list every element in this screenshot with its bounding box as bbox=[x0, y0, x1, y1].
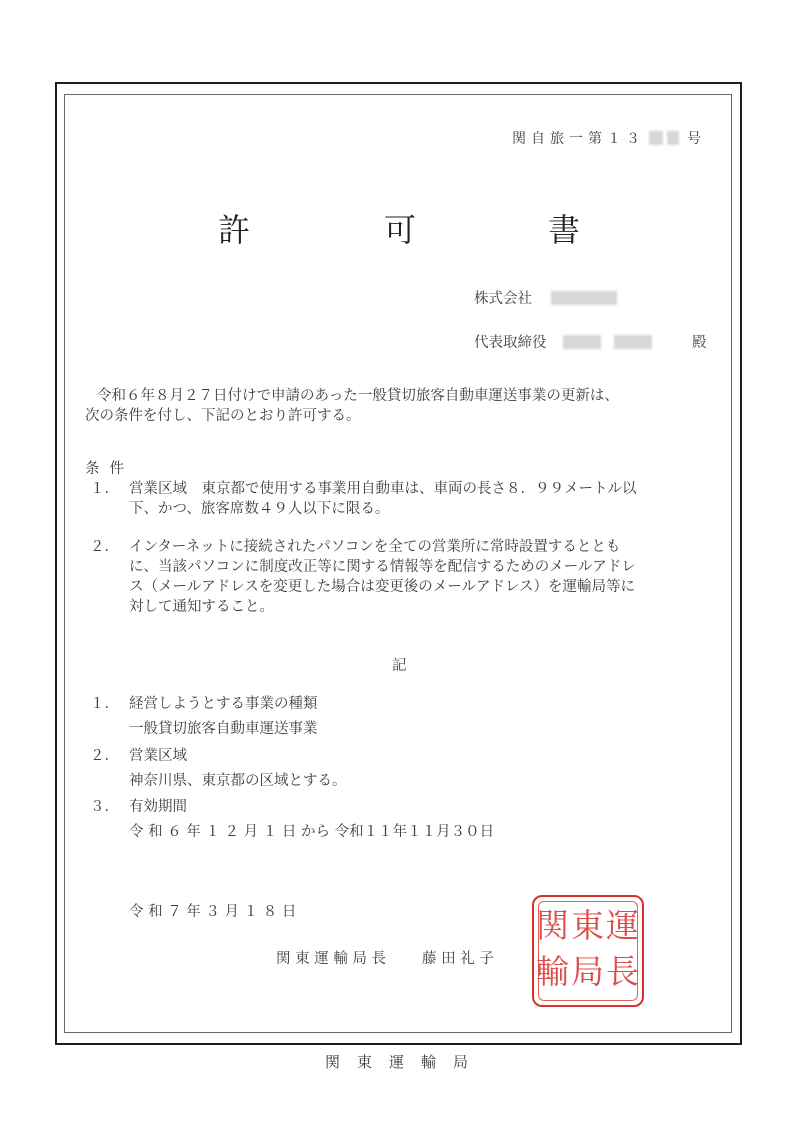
condition-1-number: １． bbox=[90, 479, 119, 499]
detail-1-value: 一般貸切旅客自動車運送事業 bbox=[129, 719, 318, 739]
reference-prefix: 関自旅一第１３ bbox=[512, 131, 645, 147]
representative-line: 代表取締役 bbox=[474, 333, 652, 353]
condition-2-line-4: 対して通知すること。 bbox=[129, 597, 274, 617]
issuer-title: 関 東 運 輸 局 長 bbox=[276, 949, 386, 969]
preamble-line-2: 次の条件を付し、下記のとおり許可する。 bbox=[85, 406, 361, 426]
detail-2-value: 神奈川県、東京都の区域とする。 bbox=[129, 771, 347, 791]
company-label: 株式会社 bbox=[474, 291, 532, 307]
condition-1-line-1: 営業区域 東京都で使用する事業用自動車は、車両の長さ８．９９メートル以 bbox=[129, 479, 637, 499]
detail-3-label: 有効期間 bbox=[129, 797, 187, 817]
ki-heading: 記 bbox=[392, 656, 407, 676]
detail-2-label: 営業区域 bbox=[129, 746, 187, 766]
detail-1-number: １． bbox=[90, 694, 119, 714]
redacted-given-name bbox=[614, 335, 652, 349]
redacted-surname bbox=[563, 335, 601, 349]
preamble-line-1: 令和６年８月２７日付けで申請のあった一般貸切旅客自動車運送事業の更新は、 bbox=[97, 386, 619, 406]
reference-number: 関自旅一第１３号 bbox=[512, 129, 706, 149]
detail-3-value: 令 和 ６ 年 １ ２ 月 １ 日 から 令和１１年１１月３０日 bbox=[129, 822, 494, 842]
redacted-digit bbox=[667, 131, 679, 145]
honorific: 殿 bbox=[692, 333, 707, 353]
condition-2-line-1: インターネットに接続されたパソコンを全ての営業所に常時設置するととも bbox=[129, 537, 620, 557]
redacted-digit bbox=[649, 131, 663, 145]
company-line: 株式会社 bbox=[474, 289, 617, 309]
title-char-3: 書 bbox=[548, 210, 580, 250]
seal-column-left: 関輸 bbox=[536, 903, 568, 995]
footer-issuer: 関東運輸局 bbox=[325, 1052, 485, 1072]
issuer-name: 藤 田 礼 子 bbox=[422, 949, 494, 969]
representative-label: 代表取締役 bbox=[474, 335, 547, 351]
seal-column-middle: 東局 bbox=[571, 903, 603, 995]
condition-1-line-2: 下、かつ、旅客席数４９人以下に限る。 bbox=[129, 499, 389, 519]
title-char-1: 許 bbox=[218, 210, 250, 250]
detail-1-label: 経営しようとする事業の種類 bbox=[129, 694, 318, 714]
condition-2-line-3: ス（メールアドレスを変更した場合は変更後のメールアドレス）を運輸局等に bbox=[129, 577, 635, 597]
detail-3-number: ３． bbox=[90, 797, 119, 817]
title-char-2: 可 bbox=[384, 210, 416, 250]
reference-suffix: 号 bbox=[687, 131, 706, 147]
seal-column-right: 運長 bbox=[606, 903, 638, 995]
issue-date: 令 和 ７ 年 ３ 月 １ ８ 日 bbox=[129, 902, 296, 922]
conditions-heading: 条件 bbox=[85, 459, 134, 479]
official-seal: 関輸 東局 運長 bbox=[532, 895, 644, 1007]
permit-document: 関自旅一第１３号 許 可 書 株式会社 代表取締役 殿 令和６年８月２７日付けで… bbox=[0, 0, 800, 1131]
condition-2-line-2: に、当該パソコンに制度改正等に関する情報等を配信するためのメールアドレ bbox=[129, 557, 636, 577]
detail-2-number: ２． bbox=[90, 746, 119, 766]
redacted-company-name bbox=[551, 291, 617, 305]
condition-2-number: ２． bbox=[90, 537, 119, 557]
